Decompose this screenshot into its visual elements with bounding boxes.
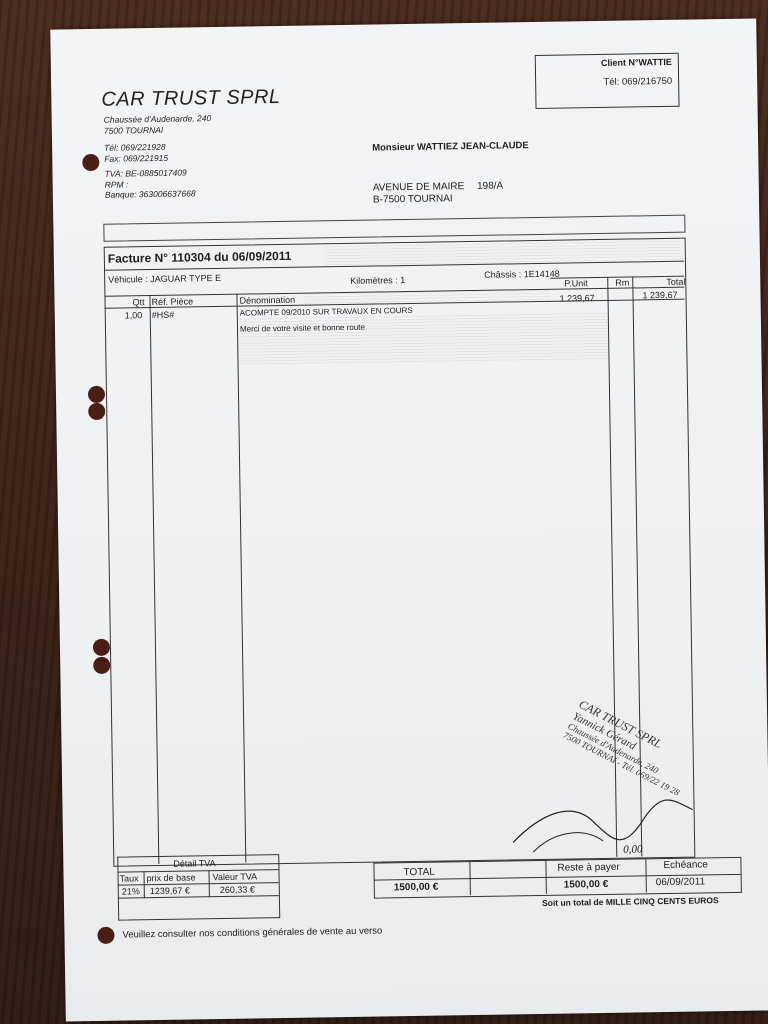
recipient-street-number: 198/A bbox=[477, 181, 503, 192]
tva-header-value: Valeur TVA bbox=[213, 871, 258, 882]
tva-base: 1239,67 € bbox=[150, 886, 190, 897]
echeance-label: Echéance bbox=[663, 859, 708, 871]
top-strip bbox=[103, 215, 685, 242]
punch-hole bbox=[82, 154, 99, 171]
line-total: 1 239,67 bbox=[642, 290, 677, 301]
line-qty: 1,00 bbox=[125, 310, 143, 320]
invoice-paper: CAR TRUST SPRL Chaussée d'Audenarde, 240… bbox=[50, 19, 768, 1022]
reste-label: Reste à payer bbox=[557, 862, 619, 874]
punch-hole bbox=[88, 386, 105, 403]
tva-title: Détail TVA bbox=[173, 858, 215, 869]
tva-header-rate: Taux bbox=[120, 873, 139, 883]
line-ref: #HS# bbox=[152, 310, 175, 320]
client-tel: Tél: 069/216750 bbox=[603, 76, 672, 88]
recipient-name: Monsieur WATTIEZ JEAN-CLAUDE bbox=[372, 140, 529, 153]
col-denomination: Dénomination bbox=[239, 295, 295, 306]
company-banque: Banque: 363006637668 bbox=[105, 188, 196, 199]
recipient-street: AVENUE DE MAIRE 198/A bbox=[373, 181, 504, 194]
punch-hole bbox=[93, 657, 110, 674]
company-tel: Tél: 069/221928 bbox=[104, 142, 166, 153]
total-label: TOTAL bbox=[403, 867, 434, 878]
tva-header-base: prix de base bbox=[147, 872, 196, 883]
col-total: Total bbox=[666, 277, 685, 287]
line-unit-price: 1 239,67 bbox=[559, 293, 594, 304]
company-fax: Fax: 069/221915 bbox=[104, 153, 168, 164]
total-value: 1500,00 € bbox=[394, 882, 439, 894]
company-address-line1: Chaussée d'Audenarde, 240 bbox=[104, 113, 212, 125]
chassis-info: Châssis : 1E14148 bbox=[484, 269, 560, 280]
col-discount: Rm bbox=[615, 278, 629, 288]
punch-hole bbox=[93, 639, 110, 656]
signature bbox=[502, 779, 703, 862]
company-name: CAR TRUST SPRL bbox=[101, 86, 281, 112]
col-ref: Réf. Pièce bbox=[151, 296, 193, 307]
company-address-line2: 7500 TOURNAI bbox=[104, 125, 164, 136]
col-qty: Qtt bbox=[132, 297, 144, 307]
punch-hole bbox=[97, 927, 114, 944]
kilometers-info: Kilomètres : 1 bbox=[350, 275, 405, 286]
tva-rate: 21% bbox=[122, 886, 140, 896]
vehicle-info: Véhicule : JAGUAR TYPE E bbox=[108, 273, 221, 285]
tva-value: 260,33 € bbox=[220, 884, 255, 895]
company-tva: TVA: BE-0885017409 bbox=[104, 167, 186, 178]
echeance-value: 06/09/2011 bbox=[656, 876, 705, 888]
amount-in-words: Soit un total de MILLE CINQ CENTS EUROS bbox=[542, 895, 719, 908]
line-hatch bbox=[238, 311, 609, 365]
recipient-city: B-7500 TOURNAI bbox=[373, 193, 453, 205]
company-rpm: RPM : bbox=[105, 179, 129, 189]
punch-hole bbox=[88, 403, 105, 420]
client-number: Client N°WATTIE bbox=[601, 57, 672, 68]
col-unit-price: P.Unit bbox=[564, 278, 588, 288]
recipient-street-name: AVENUE DE MAIRE bbox=[373, 181, 465, 193]
invoice-title: Facture N° 110304 du 06/09/2011 bbox=[108, 249, 292, 266]
reste-value: 1500,00 € bbox=[564, 879, 609, 891]
footer-note: Veuillez consulter nos conditions généra… bbox=[122, 926, 382, 941]
client-box: Client N°WATTIE Tél: 069/216750 bbox=[535, 53, 680, 109]
